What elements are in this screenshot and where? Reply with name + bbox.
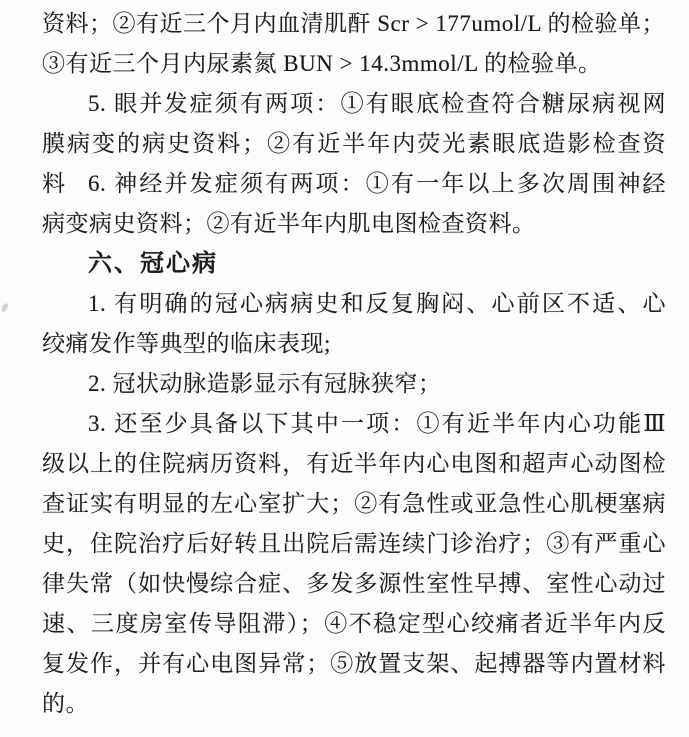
text-line: 3. 还至少具备以下其中一项：①有近半年内心功能Ⅲ: [42, 404, 666, 444]
text-line: ③有近三个月内尿素氮 BUN > 14.3mmol/L 的检验单。: [42, 44, 666, 84]
text-line: 速、三度房室传导阻滞）；④不稳定型心绞痛者近半年内反: [42, 604, 666, 644]
text-line: 的。: [42, 684, 666, 724]
text-line: 资料；②有近三个月内血清肌酐 Scr > 177umol/L 的检验单；: [42, 4, 666, 44]
scanned-document-page: 资料；②有近三个月内血清肌酐 Scr > 177umol/L 的检验单；③有近三…: [0, 0, 689, 737]
document-body: 资料；②有近三个月内血清肌酐 Scr > 177umol/L 的检验单；③有近三…: [0, 0, 689, 724]
text-line: 史，住院治疗后好转且出院后需连续门诊治疗；③有严重心: [42, 524, 666, 564]
text-line: 绞痛发作等典型的临床表现;: [42, 324, 666, 364]
text-line: 5. 眼并发症须有两项：①有眼底检查符合糖尿病视网: [42, 84, 666, 124]
text-line: 6. 神经并发症须有两项：①有一年以上多次周围神经: [42, 164, 666, 204]
text-line: 病变病史资料；②有近半年内肌电图检查资料。: [42, 204, 666, 244]
text-line: 1. 有明确的冠心病病史和反复胸闷、心前区不适、心: [42, 284, 666, 324]
text-line: 复发作，并有心电图异常；⑤放置支架、起搏器等内置材料: [42, 644, 666, 684]
text-line: 律失常（如快慢综合症、多发多源性室性早搏、室性心动过: [42, 564, 666, 604]
section-heading: 六、冠心病: [42, 244, 666, 284]
text-line: 2. 冠状动脉造影显示有冠脉狭窄；: [42, 364, 666, 404]
text-line: 膜病变的病史资料；②有近半年内荧光素眼底造影检查资料。: [42, 124, 666, 164]
text-line: 查证实有明显的左心室扩大；②有急性或亚急性心肌梗塞病: [42, 484, 666, 524]
text-line: 级以上的住院病历资料，有近半年内心电图和超声心动图检: [42, 444, 666, 484]
